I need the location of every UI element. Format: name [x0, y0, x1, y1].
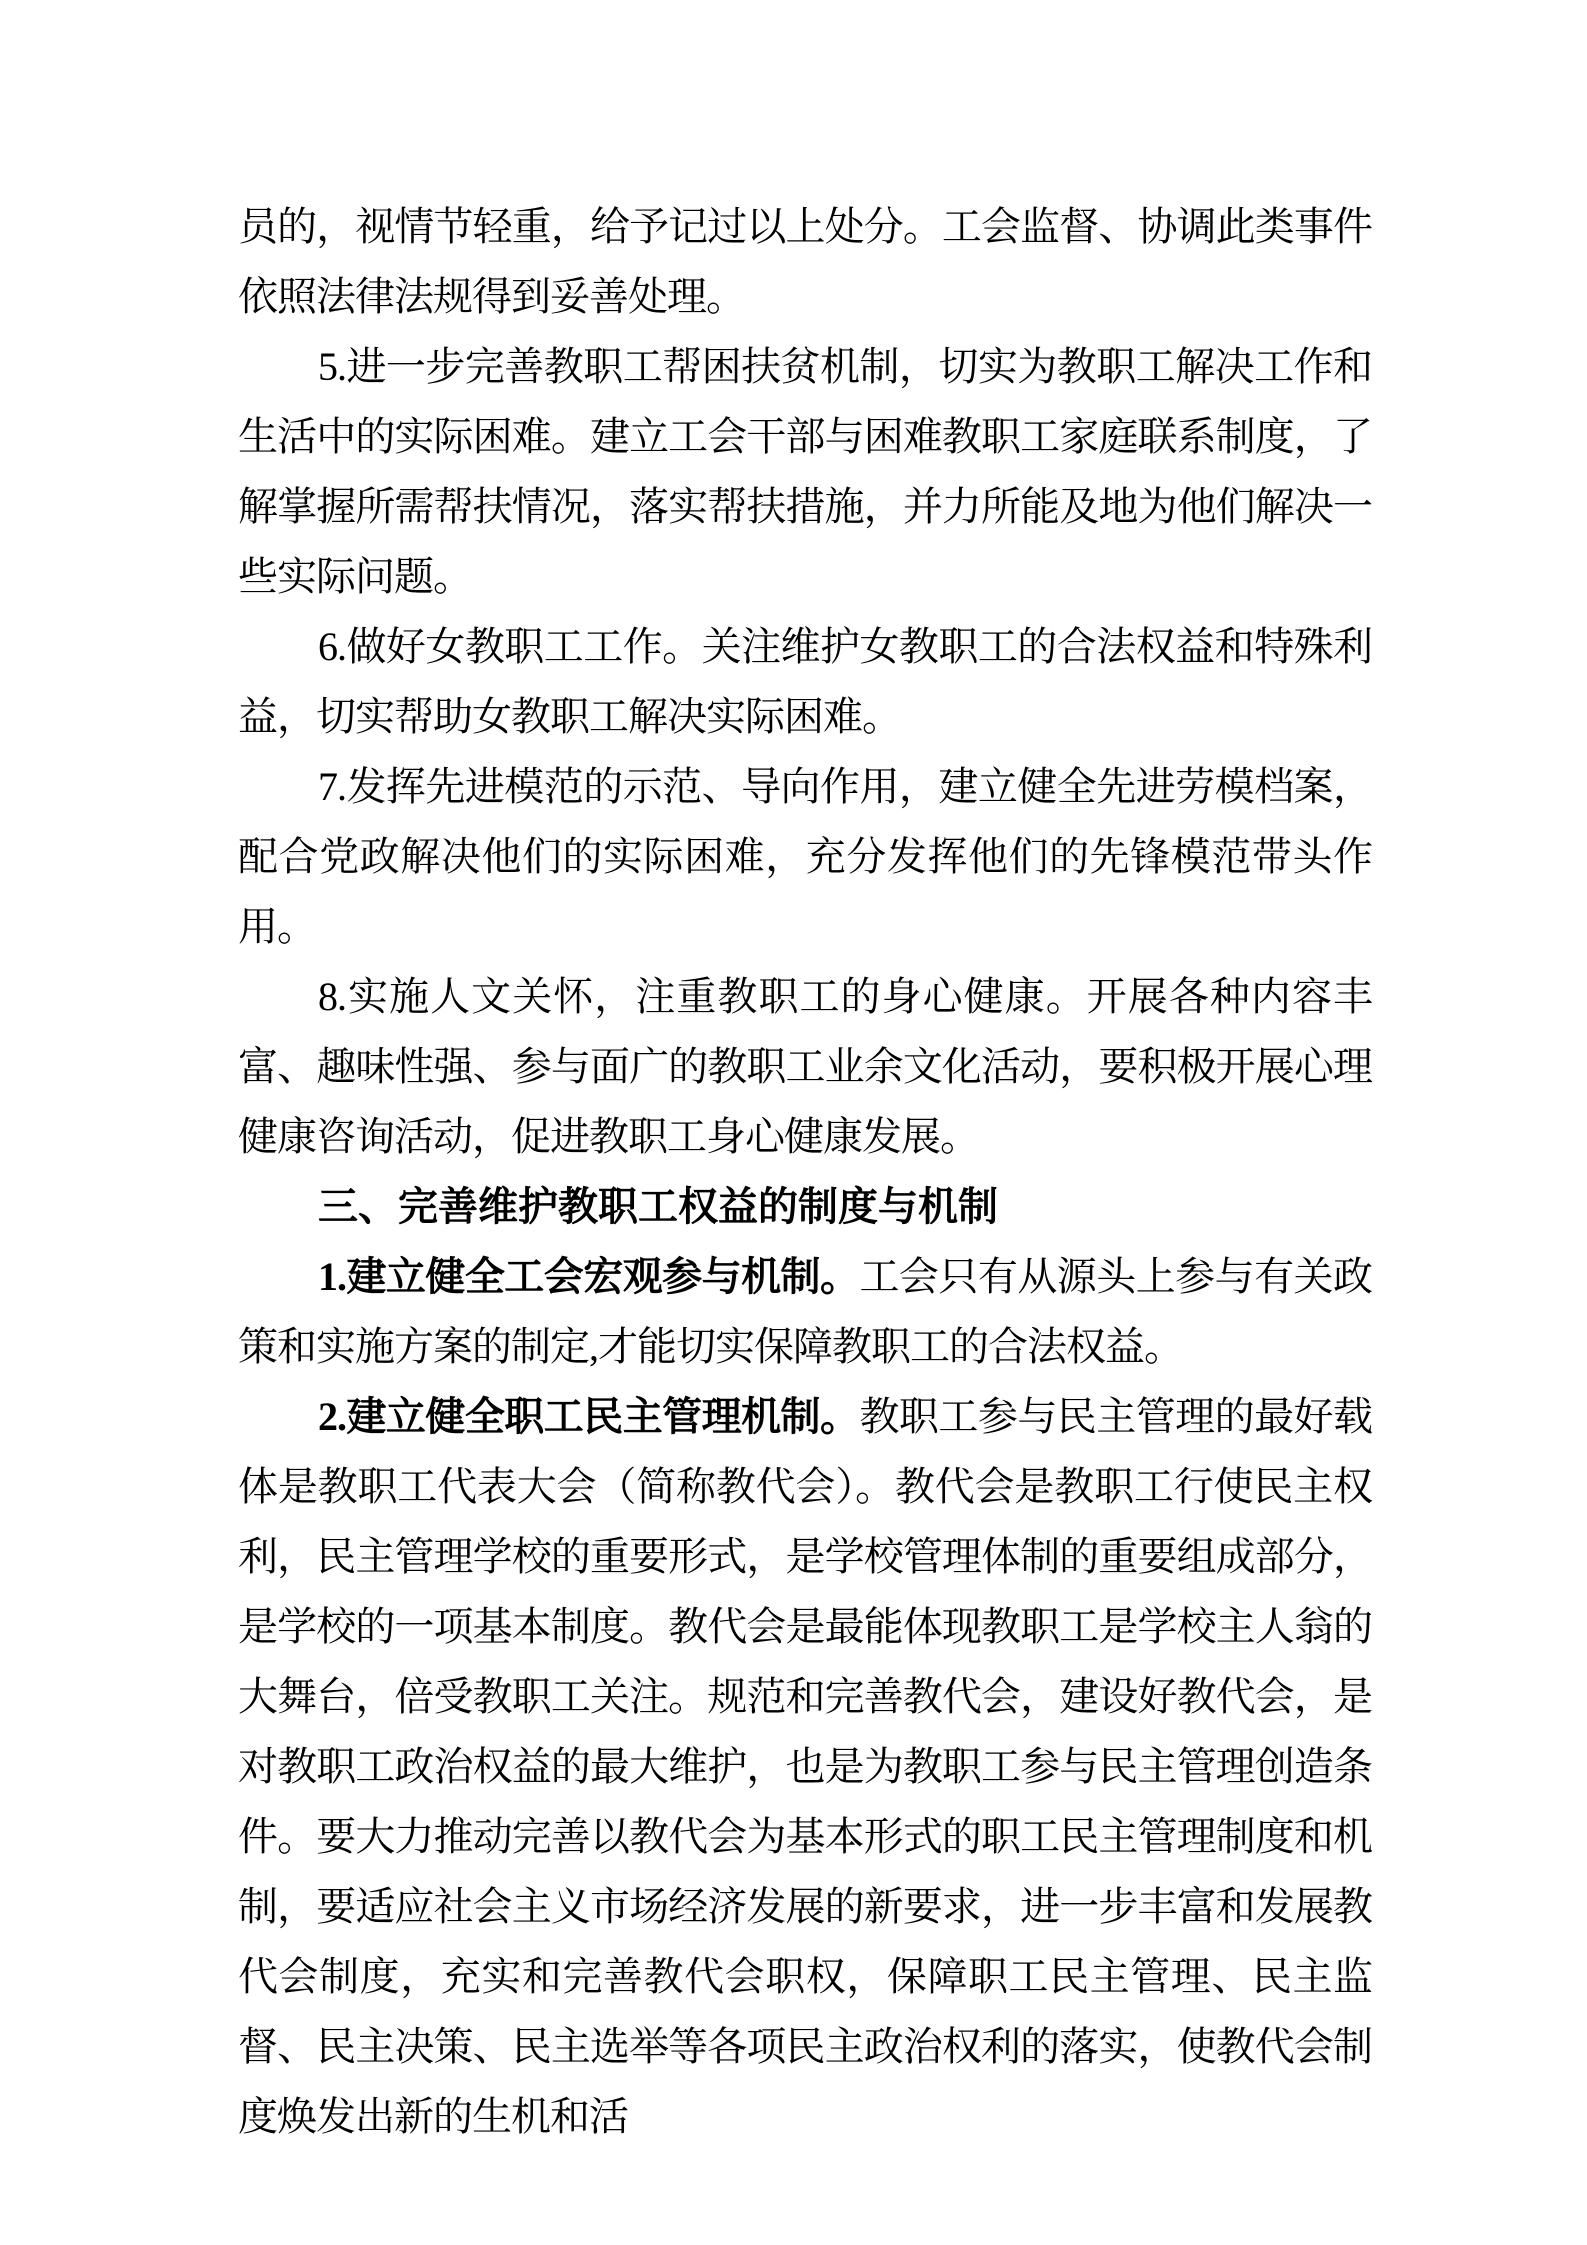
- paragraph-item-2: 2.建立健全职工民主管理机制。教职工参与民主管理的最好载体是教职工代表大会（简称…: [238, 1382, 1372, 2152]
- paragraph-item-1: 1.建立健全工会宏观参与机制。工会只有从源头上参与有关政策和实施方案的制定,才能…: [238, 1242, 1372, 1382]
- document-page: 员的，视情节轻重，给予记过以上处分。工会监督、协调此类事件依照法律法规得到妥善处…: [0, 0, 1587, 2245]
- paragraph-item-5: 5.进一步完善教职工帮困扶贫机制，切实为教职工解决工作和生活中的实际困难。建立工…: [238, 332, 1372, 612]
- document-text-block: 员的，视情节轻重，给予记过以上处分。工会监督、协调此类事件依照法律法规得到妥善处…: [238, 192, 1372, 2152]
- paragraph-continuation: 员的，视情节轻重，给予记过以上处分。工会监督、协调此类事件依照法律法规得到妥善处…: [238, 192, 1372, 332]
- paragraph-item-6: 6.做好女教职工工作。关注维护女教职工的合法权益和特殊利益，切实帮助女教职工解决…: [238, 612, 1372, 752]
- paragraph-item-7: 7.发挥先进模范的示范、导向作用，建立健全先进劳模档案，配合党政解决他们的实际困…: [238, 752, 1372, 962]
- paragraph-item-2-body: 教职工参与民主管理的最好载体是教职工代表大会（简称教代会）。教代会是教职工行使民…: [238, 1394, 1372, 2139]
- paragraph-item-2-lead: 2.建立健全职工民主管理机制。: [318, 1394, 859, 1439]
- paragraph-item-8: 8.实施人文关怀，注重教职工的身心健康。开展各种内容丰富、趣味性强、参与面广的教…: [238, 962, 1372, 1172]
- paragraph-item-1-lead: 1.建立健全工会宏观参与机制。: [318, 1254, 859, 1299]
- section-heading: 三、完善维护教职工权益的制度与机制: [238, 1172, 1372, 1242]
